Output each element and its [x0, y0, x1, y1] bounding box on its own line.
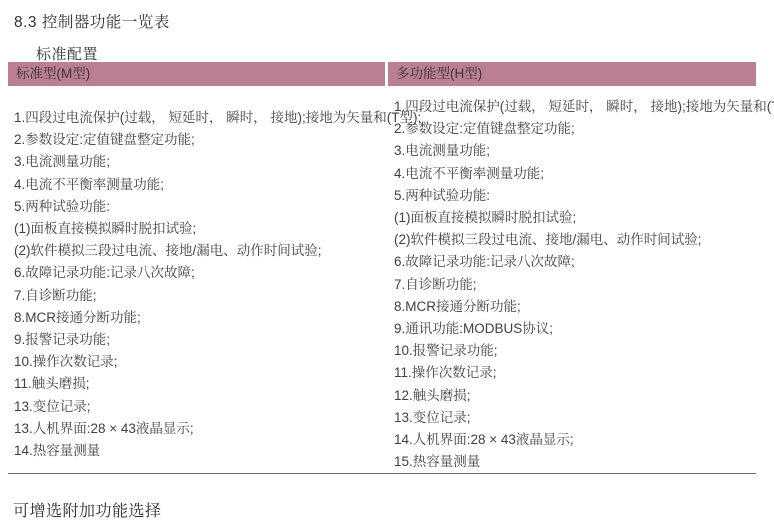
list-item: 6.故障记录功能:记录八次故障;: [394, 251, 774, 273]
list-item: 6.故障记录功能:记录八次故障;: [14, 262, 385, 284]
list-item: 8.MCR接通分断功能;: [14, 307, 385, 329]
table-header-row: 标准型(M型) 多功能型(H型): [8, 62, 756, 86]
list-item: 1.四段过电流保护(过载， 短延时， 瞬时， 接地);接地为矢量和(T型);: [14, 107, 385, 129]
list-item: 7.自诊断功能;: [394, 274, 774, 296]
list-item: 2.参数设定:定值键盘整定功能;: [394, 118, 774, 140]
list-item: 2.参数设定:定值键盘整定功能;: [14, 129, 385, 151]
list-item: 5.两种试验功能:: [394, 185, 774, 207]
list-item: 3.电流测量功能;: [394, 140, 774, 162]
list-item: 15.热容量测量: [394, 451, 774, 473]
list-item: (2)软件模拟三段过电流、接地/漏电、动作时间试验;: [14, 240, 385, 262]
list-item: 13.人机界面:28 × 43液晶显示;: [14, 418, 385, 440]
column-standard-m-items: 1.四段过电流保护(过载， 短延时， 瞬时， 接地);接地为矢量和(T型);2.…: [8, 86, 385, 473]
page-title: 8.3 控制器功能一览表: [14, 10, 774, 32]
list-item: 9.报警记录功能;: [14, 329, 385, 351]
list-item: 4.电流不平衡率测量功能;: [14, 174, 385, 196]
list-item: 11.操作次数记录;: [394, 362, 774, 384]
list-item: 10.报警记录功能;: [394, 340, 774, 362]
list-item: (1)面板直接模拟瞬时脱扣试验;: [14, 218, 385, 240]
column-multifunction-h-items: 1.四段过电流保护(过载， 短延时， 瞬时， 接地);接地为矢量和(T型);2.…: [388, 86, 774, 473]
list-item: 9.通讯功能:MODBUS协议;: [394, 318, 774, 340]
list-item: (1)面板直接模拟瞬时脱扣试验;: [394, 207, 774, 229]
table-body-row: 1.四段过电流保护(过载， 短延时， 瞬时， 接地);接地为矢量和(T型);2.…: [8, 86, 756, 474]
list-item: 10.操作次数记录;: [14, 351, 385, 373]
document-page: 8.3 控制器功能一览表 标准配置 标准型(M型) 多功能型(H型) 1.四段过…: [0, 0, 774, 525]
column-header-multifunction-h: 多功能型(H型): [388, 62, 756, 86]
footer-heading: 可增选附加功能选择: [13, 498, 162, 521]
list-item: (2)软件模拟三段过电流、接地/漏电、动作时间试验;: [394, 229, 774, 251]
list-item: 4.电流不平衡率测量功能;: [394, 163, 774, 185]
list-item: 14.热容量测量: [14, 440, 385, 462]
list-item: 8.MCR接通分断功能;: [394, 296, 774, 318]
section-subtitle: 标准配置: [36, 43, 774, 64]
list-item: 12.触头磨损;: [394, 385, 774, 407]
list-item: 14.人机界面:28 × 43液晶显示;: [394, 429, 774, 451]
controller-function-table: 标准型(M型) 多功能型(H型) 1.四段过电流保护(过载， 短延时， 瞬时， …: [8, 62, 756, 474]
list-item: 7.自诊断功能;: [14, 285, 385, 307]
list-item: 3.电流测量功能;: [14, 151, 385, 173]
list-item: 13.变位记录;: [394, 407, 774, 429]
list-item: 13.变位记录;: [14, 396, 385, 418]
column-header-standard-m: 标准型(M型): [8, 62, 385, 86]
list-item: 1.四段过电流保护(过载， 短延时， 瞬时， 接地);接地为矢量和(T型);: [394, 96, 774, 118]
list-item: 11.触头磨损;: [14, 373, 385, 395]
list-item: 5.两种试验功能:: [14, 196, 385, 218]
